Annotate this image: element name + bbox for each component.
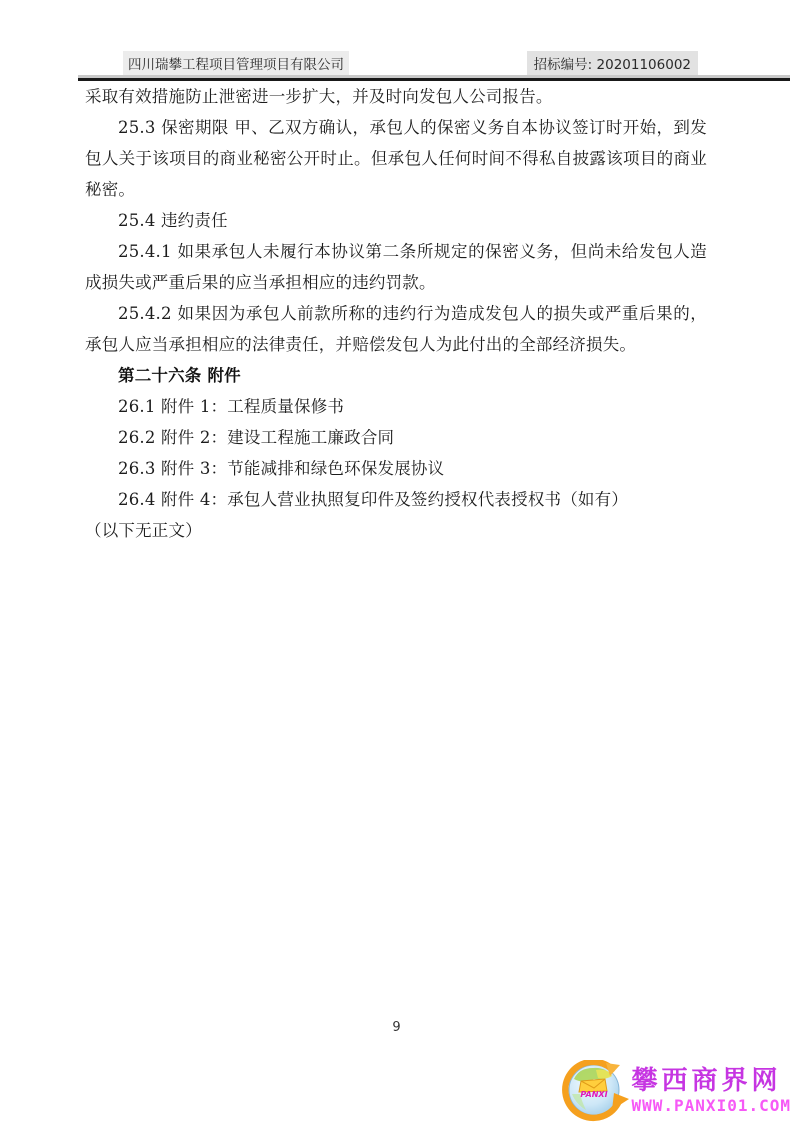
- clause-25-4-1: 25.4.1 如果承包人未履行本协议第二条所规定的保密义务，但尚未给发包人造成损…: [85, 236, 707, 298]
- paragraph-continuation: 采取有效措施防止泄密进一步扩大，并及时向发包人公司报告。: [85, 81, 707, 112]
- header-company-name: 四川瑞攀工程项目管理项目有限公司: [123, 51, 349, 76]
- globe-logo-icon: PANXI: [560, 1060, 630, 1122]
- document-page: 四川瑞攀工程项目管理项目有限公司 招标编号: 20201106002 采取有效措…: [0, 0, 793, 1122]
- clause-25-3: 25.3 保密期限 甲、乙双方确认，承包人的保密义务自本协议签订时开始，到发包人…: [85, 112, 707, 205]
- page-header: 四川瑞攀工程项目管理项目有限公司 招标编号: 20201106002: [78, 50, 790, 76]
- clause-25-4: 25.4 违约责任: [85, 205, 707, 236]
- page-number: 9: [0, 1020, 793, 1035]
- clause-25-4-2: 25.4.2 如果因为承包人前款所称的违约行为造成发包人的损失或严重后果的，承包…: [85, 298, 707, 360]
- header-bid-number: 招标编号: 20201106002: [527, 51, 698, 76]
- watermark-text-block: 攀西商界网 WWW.PANXI01.COM: [632, 1066, 792, 1116]
- article-26-heading: 第二十六条 附件: [85, 360, 707, 391]
- attachment-item-1: 26.1 附件 1：工程质量保修书: [85, 391, 707, 422]
- watermark-site-name: 攀西商界网: [632, 1066, 782, 1096]
- end-of-text-note: （以下无正文）: [85, 515, 707, 546]
- watermark-site-url: WWW.PANXI01.COM: [632, 1096, 792, 1116]
- watermark: PANXI 攀西商界网 WWW.PANXI01.COM: [560, 1060, 792, 1122]
- attachment-item-3: 26.3 附件 3：节能减排和绿色环保发展协议: [85, 453, 707, 484]
- attachment-item-4: 26.4 附件 4：承包人营业执照复印件及签约授权代表授权书（如有）: [85, 484, 707, 515]
- logo-panxi-label: PANXI: [580, 1090, 607, 1099]
- attachment-item-2: 26.2 附件 2：建设工程施工廉政合同: [85, 422, 707, 453]
- document-body: 采取有效措施防止泄密进一步扩大，并及时向发包人公司报告。 25.3 保密期限 甲…: [85, 81, 707, 546]
